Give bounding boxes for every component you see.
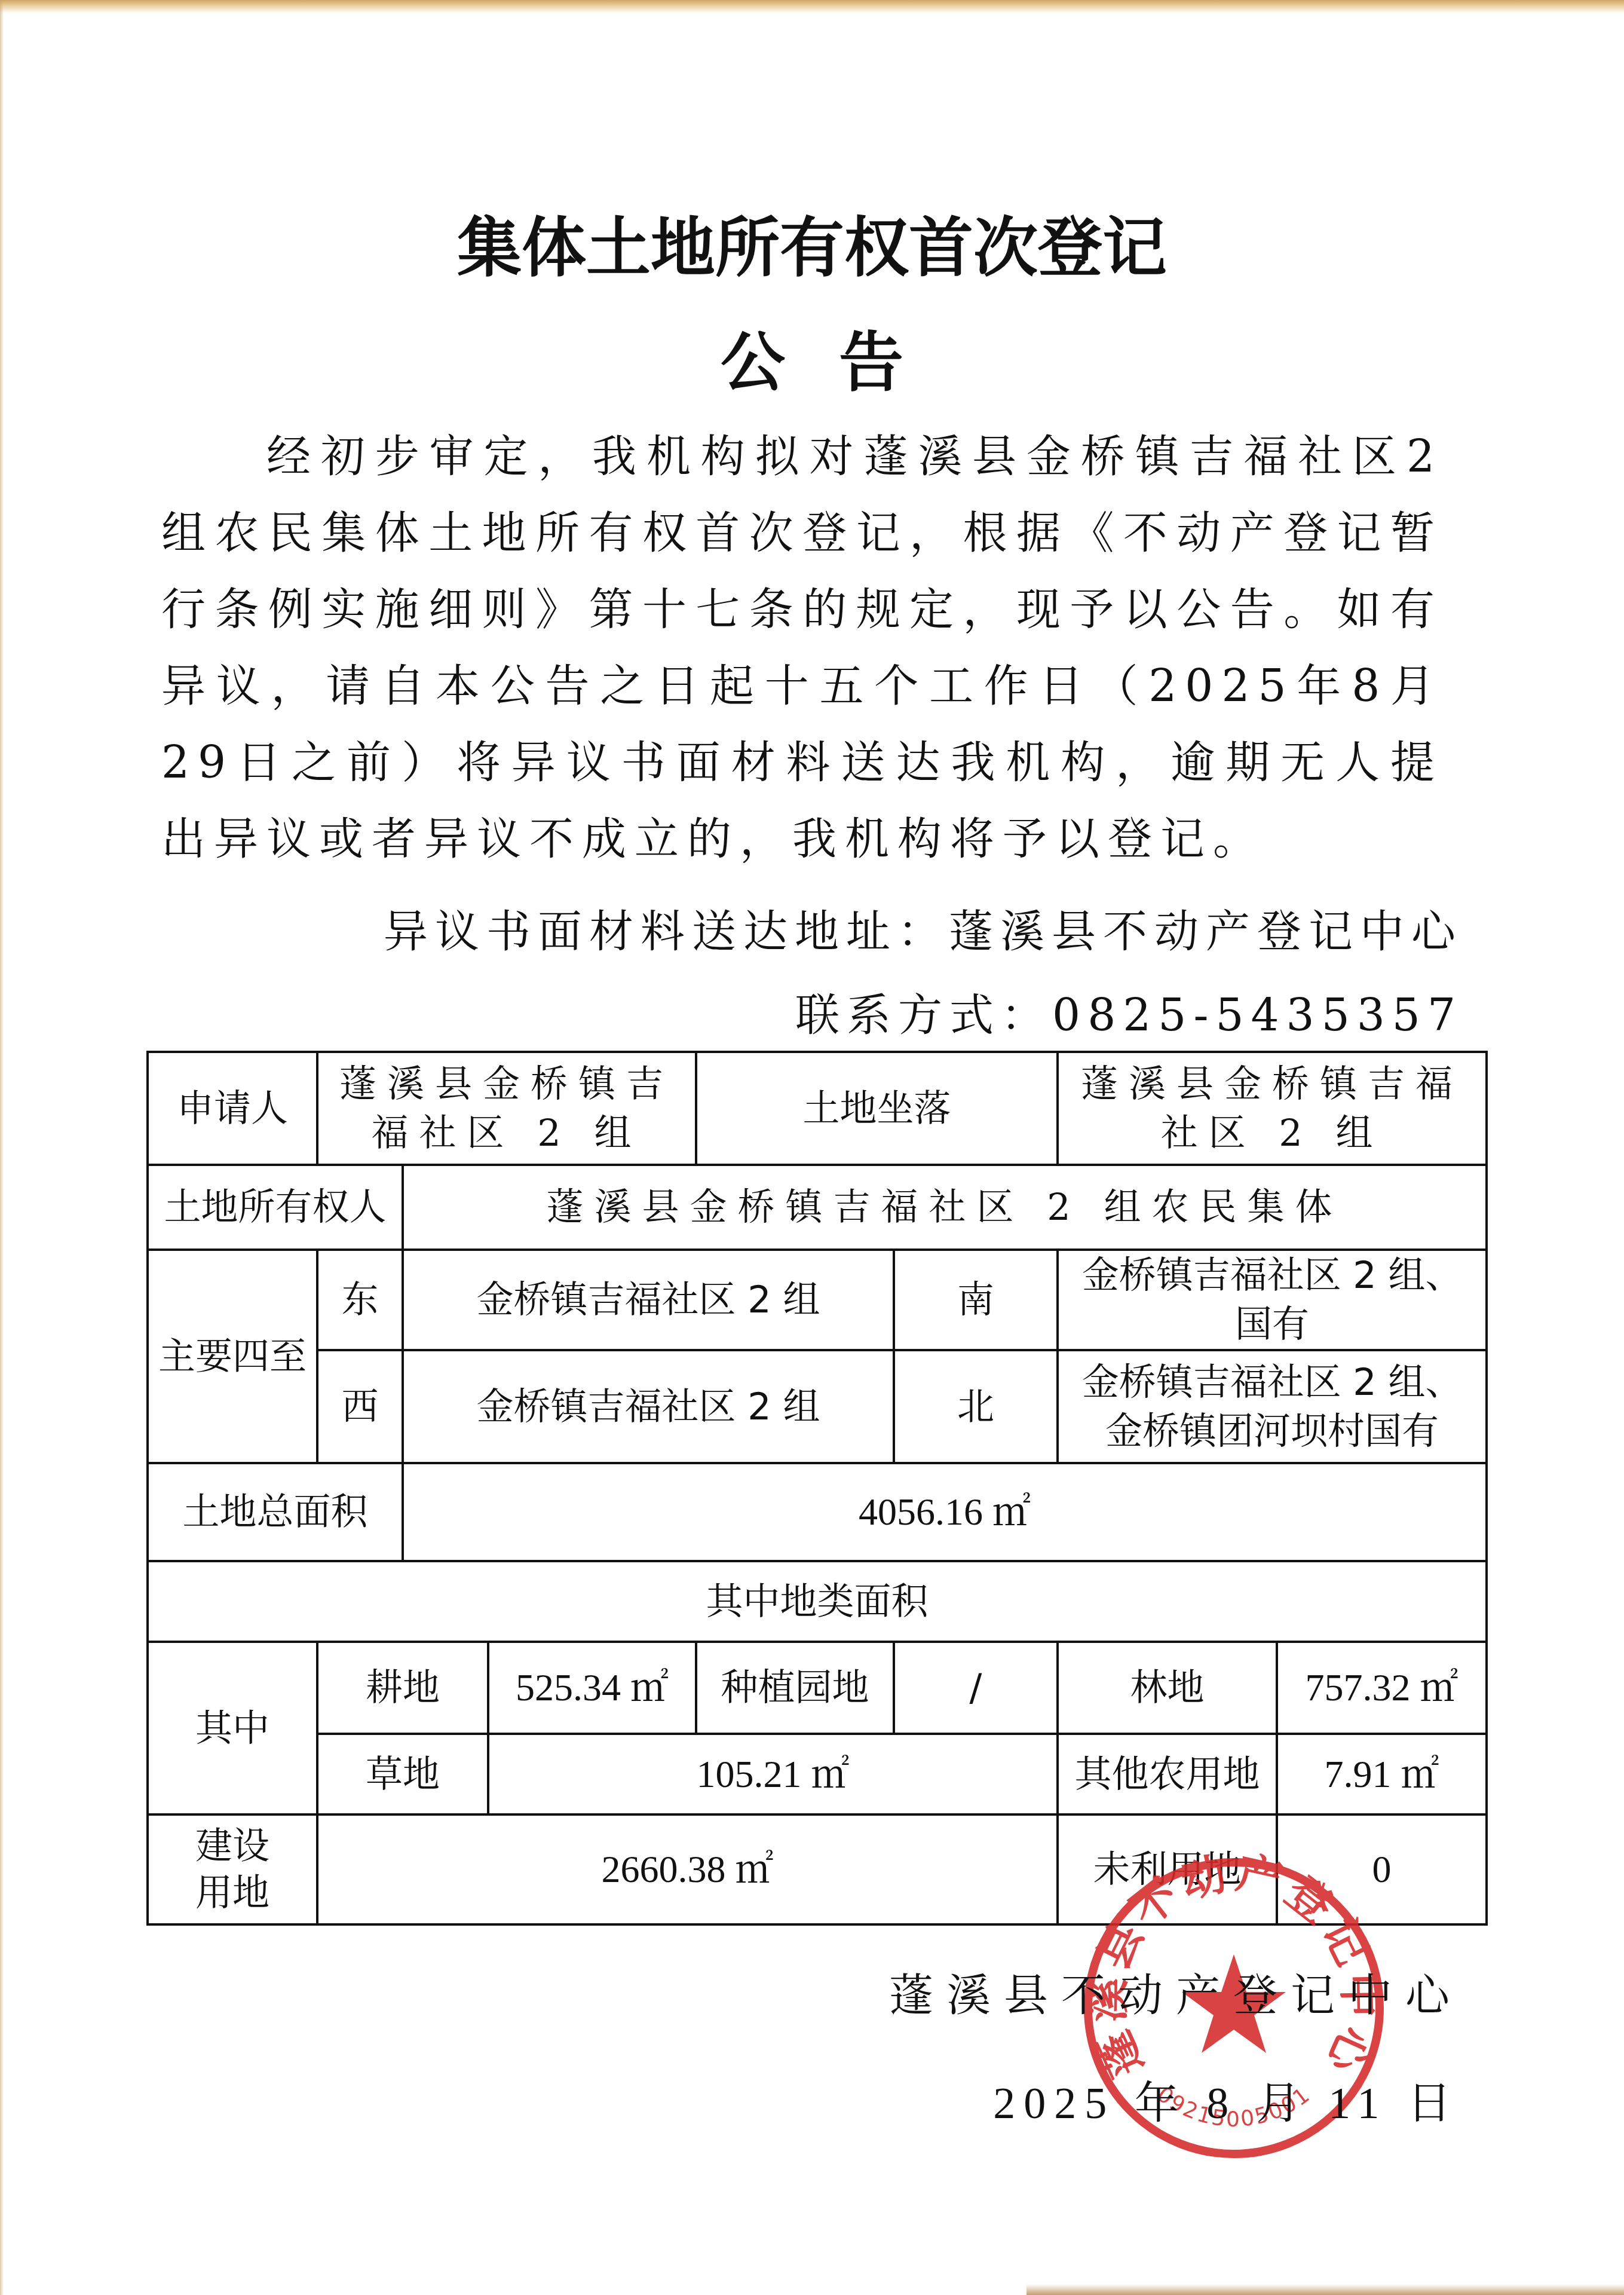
- grassland-value: 105.21 ㎡: [488, 1734, 1058, 1814]
- table-row-grassland: 草地 105.21 ㎡ 其他农用地 7.91 ㎡: [148, 1734, 1487, 1814]
- among-label: 其中: [148, 1642, 317, 1814]
- plantation-label: 种植园地: [696, 1642, 894, 1734]
- table-row-construction: 建设用地 2660.38 ㎡ 未利用地 0: [148, 1814, 1487, 1924]
- table-row-applicant: 申请人 蓬溪县金桥镇吉福社区 2 组 土地坐落 蓬溪县金桥镇吉福社区 2 组: [148, 1052, 1487, 1165]
- forest-value: 757.32 ㎡: [1277, 1642, 1487, 1734]
- scan-edge-top: [0, 0, 1624, 13]
- other-agri-label: 其他农用地: [1058, 1734, 1277, 1814]
- applicant-label: 申请人: [148, 1052, 317, 1165]
- east-label: 东: [317, 1250, 403, 1350]
- boundaries-label: 主要四至: [148, 1250, 317, 1463]
- grassland-label: 草地: [317, 1734, 488, 1814]
- west-value: 金桥镇吉福社区 2 组: [403, 1350, 894, 1463]
- other-agri-value: 7.91 ㎡: [1277, 1734, 1487, 1814]
- issuer-signature: 蓬溪县不动产登记中心: [889, 1960, 1463, 2024]
- table-row-cultivated: 其中 耕地 525.34 ㎡ 种植园地 / 林地 757.32 ㎡: [148, 1642, 1487, 1734]
- unused-label: 未利用地: [1058, 1814, 1277, 1924]
- total-area-value: 4056.16 ㎡: [403, 1463, 1487, 1561]
- breakdown-header: 其中地类面积: [148, 1561, 1487, 1642]
- south-label: 南: [894, 1250, 1058, 1350]
- location-label: 土地坐落: [696, 1052, 1058, 1165]
- table-row-east-south: 主要四至 东 金桥镇吉福社区 2 组 南 金桥镇吉福社区 2 组、国有: [148, 1250, 1487, 1350]
- cultivated-value: 525.34 ㎡: [488, 1642, 696, 1734]
- forest-label: 林地: [1058, 1642, 1277, 1734]
- land-info-table: 申请人 蓬溪县金桥镇吉福社区 2 组 土地坐落 蓬溪县金桥镇吉福社区 2 组 土…: [146, 1051, 1488, 1926]
- owner-label: 土地所有权人: [148, 1165, 403, 1250]
- west-label: 西: [317, 1350, 403, 1463]
- document-subtitle: 公告: [0, 311, 1624, 403]
- construction-value: 2660.38 ㎡: [317, 1814, 1058, 1924]
- applicant-value: 蓬溪县金桥镇吉福社区 2 组: [317, 1052, 696, 1165]
- table-row-west-north: 西 金桥镇吉福社区 2 组 北 金桥镇吉福社区 2 组、金桥镇团河坝村国有: [148, 1350, 1487, 1463]
- location-value: 蓬溪县金桥镇吉福社区 2 组: [1058, 1052, 1487, 1165]
- scan-edge-bottom: [1027, 2284, 1624, 2295]
- plantation-value: /: [894, 1642, 1058, 1734]
- table-row-breakdown-header: 其中地类面积: [148, 1561, 1487, 1642]
- unused-value: 0: [1277, 1814, 1487, 1924]
- construction-label: 建设用地: [148, 1814, 317, 1924]
- document-title: 集体土地所有权首次登记: [0, 196, 1624, 289]
- south-value: 金桥镇吉福社区 2 组、国有: [1058, 1250, 1487, 1350]
- east-value: 金桥镇吉福社区 2 组: [403, 1250, 894, 1350]
- table-row-owner: 土地所有权人 蓬溪县金桥镇吉福社区 2 组农民集体: [148, 1165, 1487, 1250]
- north-label: 北: [894, 1350, 1058, 1463]
- cultivated-label: 耕地: [317, 1642, 488, 1734]
- contact-info: 联系方式：0825-5435357: [795, 980, 1463, 1044]
- objection-address: 异议书面材料送达地址：蓬溪县不动产登记中心: [384, 896, 1463, 960]
- announcement-body: 经初步审定，我机构拟对蓬溪县金桥镇吉福社区2组农民集体土地所有权首次登记，根据《…: [161, 418, 1443, 877]
- issue-date: 2025 年 8 月 11 日: [993, 2068, 1460, 2131]
- north-value: 金桥镇吉福社区 2 组、金桥镇团河坝村国有: [1058, 1350, 1487, 1463]
- total-area-label: 土地总面积: [148, 1463, 403, 1561]
- table-row-total-area: 土地总面积 4056.16 ㎡: [148, 1463, 1487, 1561]
- owner-value: 蓬溪县金桥镇吉福社区 2 组农民集体: [403, 1165, 1487, 1250]
